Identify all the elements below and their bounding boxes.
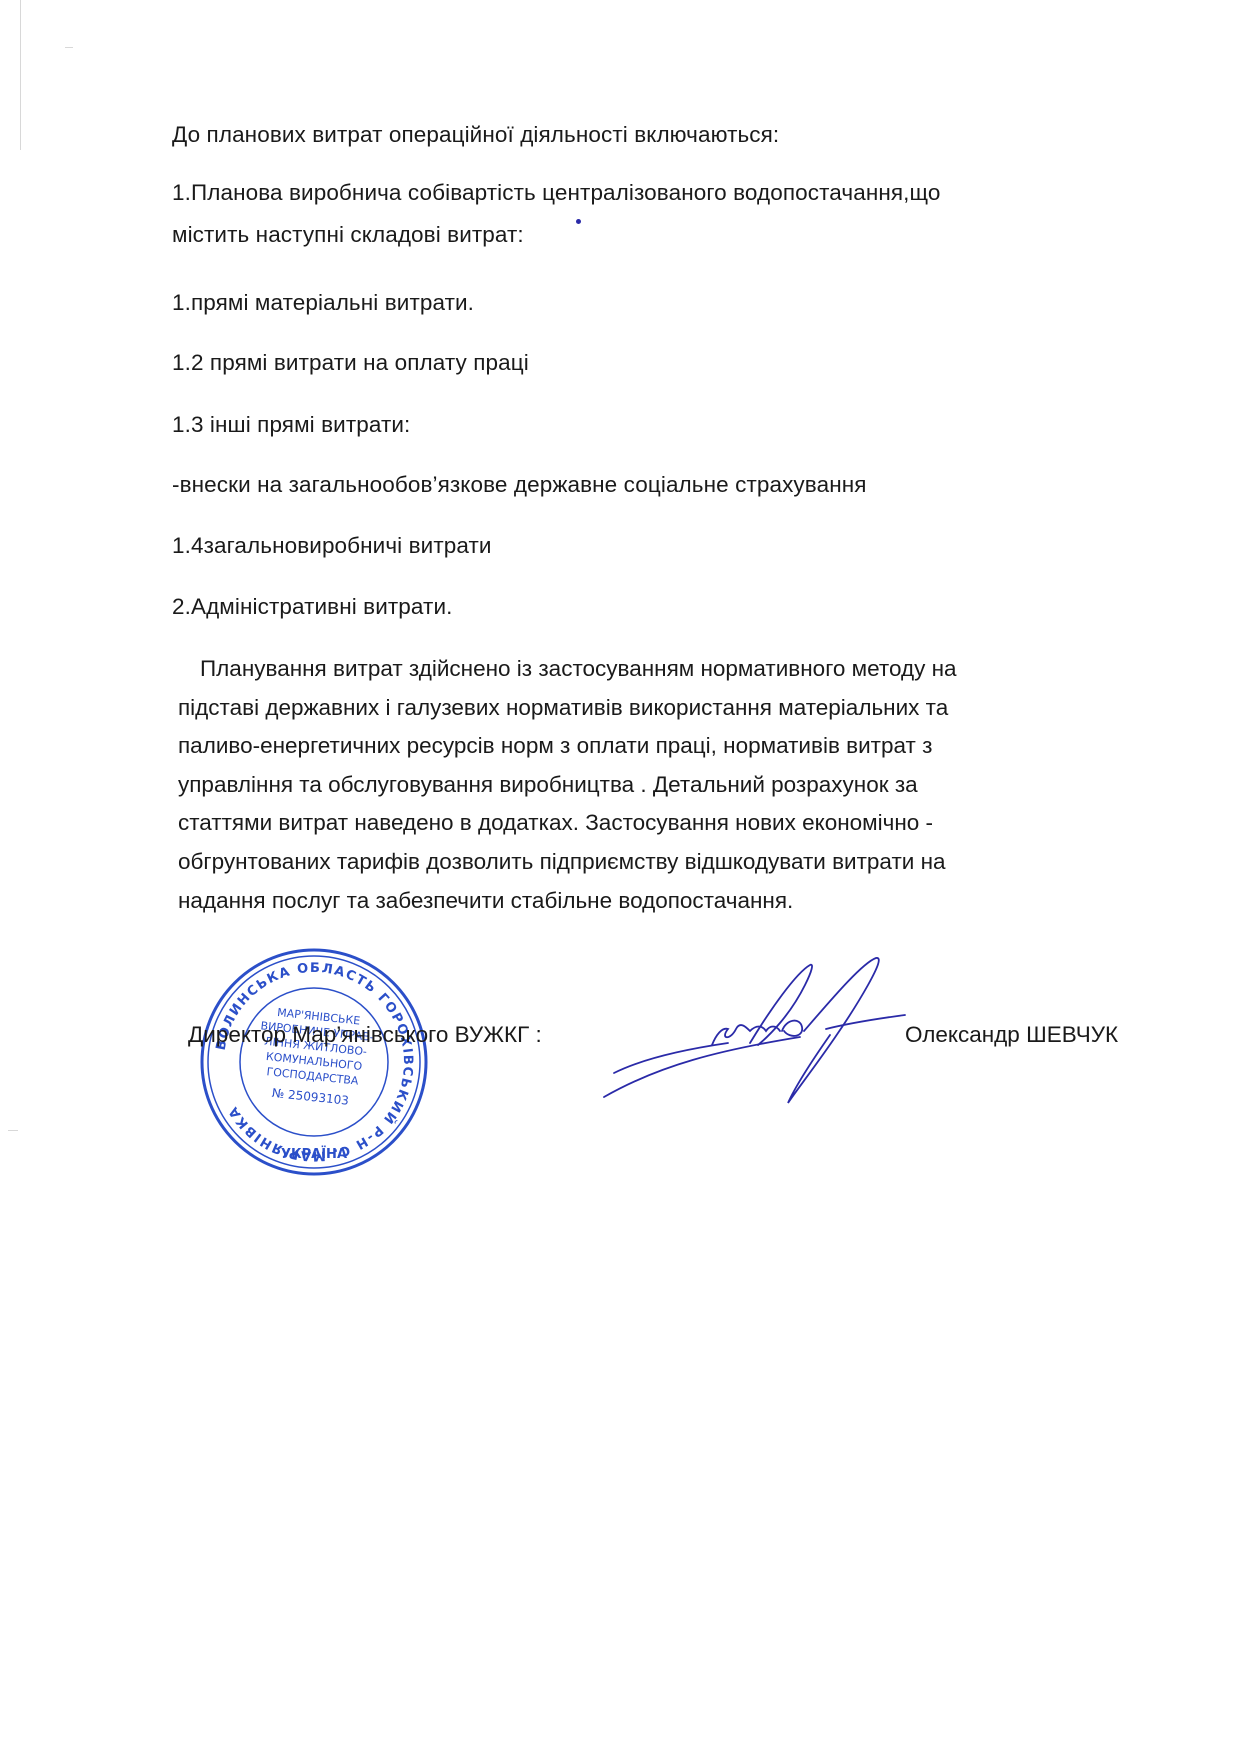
scan-edge-mark [65, 47, 73, 48]
signer-name: Олександр ШЕВЧУК [905, 1022, 1118, 1048]
scan-edge-mark [8, 1130, 18, 1131]
body-paragraph: Планування витрат здійснено із застосува… [190, 650, 1110, 920]
official-stamp: ВОЛИНСЬКА ОБЛАСТЬ ГОРОХІВСЬКИЙ Р-Н С. МА… [198, 946, 430, 1178]
document-page: До планових витрат операційної діяльност… [0, 0, 1240, 1755]
paragraph-line: Планування витрат здійснено із застосува… [190, 650, 1110, 689]
list-item: -внески на загальнообов’язкове державне … [172, 472, 867, 498]
ink-dot [576, 219, 581, 224]
list-item: 1.4загальновиробничі витрати [172, 533, 492, 559]
paragraph-line: паливо-енергетичних ресурсів норм з опла… [178, 727, 1110, 766]
document-heading: До планових витрат операційної діяльност… [172, 122, 779, 148]
paragraph-line: надання послуг та забезпечити стабільне … [178, 882, 1110, 921]
paragraph-line: статтями витрат наведено в додатках. Зас… [178, 804, 1110, 843]
list-item: 1.2 прямі витрати на оплату праці [172, 350, 529, 376]
signer-position: Директор Мар’янівського ВУЖКГ : [188, 1022, 542, 1048]
paragraph-line: підставі державних і галузевих нормативі… [178, 689, 1110, 728]
paragraph-line: обгрунтованих тарифів дозволить підприєм… [178, 843, 1110, 882]
list-item: містить наступні складові витрат: [172, 222, 524, 248]
stamp-registration-number: № 25093103 [271, 1086, 349, 1108]
list-item: 1.3 інші прямі витрати: [172, 412, 410, 438]
list-item: 1.прямі матеріальні витрати. [172, 290, 474, 316]
scan-edge-mark [20, 0, 21, 150]
list-item: 2.Адміністративні витрати. [172, 594, 452, 620]
list-item: 1.Планова виробнича собівартість централ… [172, 180, 940, 206]
handwritten-signature [600, 955, 920, 1105]
paragraph-line: управління та обслуговування виробництва… [178, 766, 1110, 805]
stamp-bottom-text: УКРАЇНА [281, 1146, 347, 1162]
